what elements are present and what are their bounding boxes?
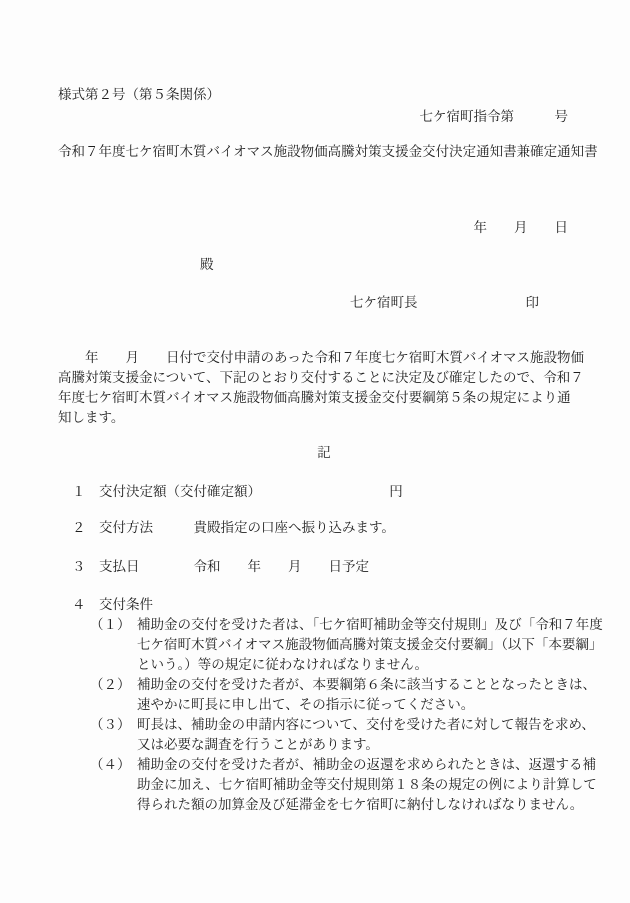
directive-number-line: 七ケ宿町指令第 号 [58,107,568,127]
item-text: 交付決定額（交付確定額） 円 [99,482,403,502]
record-heading: 記 [58,443,590,463]
body-line: 年度七ケ宿町木質バイオマス施設物価高騰対策支援金交付要綱第５条の規定により通 [58,388,590,408]
condition-line: 補助金の交付を受けた者は、「七ケ宿町補助金等交付規則」及び「令和７年度 [137,615,603,635]
condition-item-3: （３） 町長は、補助金の申請内容について、交付を受けた者に対して報告を求め、 又… [90,715,590,755]
form-number-label: 様式第２号（第５条関係） [58,85,590,105]
issuer-title: 七ケ宿町長 [350,295,418,310]
item-number: １ [72,482,99,502]
item-payment-date: ３ 支払日 令和 年 月 日予定 [72,557,590,577]
body-paragraph: 年 月 日付で交付申請のあった令和７年度七ケ宿町木質バイオマス施設物価 高騰対策… [58,348,590,428]
body-line: 年 月 日付で交付申請のあった令和７年度七ケ宿町木質バイオマス施設物価 [58,348,590,368]
item-text: 交付条件 [99,595,153,615]
document-page: 様式第２号（第５条関係） 七ケ宿町指令第 号 令和７年度七ケ宿町木質バイオマス施… [0,0,630,903]
document-title: 令和７年度七ケ宿町木質バイオマス施設物価高騰対策支援金交付決定通知書兼確定通知書 [58,142,590,162]
body-line: 高騰対策支援金について、下記のとおり交付することに決定及び確定したので、令和７ [58,368,590,388]
item-grant-amount: １ 交付決定額（交付確定額） 円 [72,482,590,502]
issue-date-line: 年 月 日 [58,218,568,238]
condition-line: 又は必要な調査を行うことがあります。 [137,735,595,755]
condition-line: 速やかに町長に申し出て、その指示に従ってください。 [137,695,596,715]
condition-item-4: （４） 補助金の交付を受けた者が、補助金の返還を求められたときは、返還する補 助… [90,755,590,815]
condition-item-2: （２） 補助金の交付を受けた者が、本要綱第６条に該当することとなったときは、 速… [90,675,590,715]
condition-line: という。）等の規定に従わなければなりません。 [137,655,603,675]
condition-line: 町長は、補助金の申請内容について、交付を受けた者に対して報告を求め、 [137,715,595,735]
item-grant-conditions: ４ 交付条件 [72,595,590,615]
seal-mark: 印 [418,295,540,310]
condition-line: 助金に加え、七ケ宿町補助金等交付規則第１８条の規定の例により計算して [137,775,597,795]
condition-marker: （３） [90,715,137,755]
item-number: ２ [72,518,99,538]
condition-text: 町長は、補助金の申請内容について、交付を受けた者に対して報告を求め、 又は必要な… [137,715,595,755]
condition-line: 補助金の交付を受けた者が、補助金の返還を求められたときは、返還する補 [137,755,597,775]
issuer-line: 七ケ宿町長 印 [350,293,590,313]
conditions-list: （１） 補助金の交付を受けた者は、「七ケ宿町補助金等交付規則」及び「令和７年度 … [90,615,590,815]
condition-text: 補助金の交付を受けた者は、「七ケ宿町補助金等交付規則」及び「令和７年度 七ケ宿町… [137,615,603,675]
item-number: ３ [72,557,99,577]
condition-marker: （１） [90,615,137,675]
condition-item-1: （１） 補助金の交付を受けた者は、「七ケ宿町補助金等交付規則」及び「令和７年度 … [90,615,590,675]
addressee-honorific: 殿 [200,255,590,275]
condition-marker: （２） [90,675,137,715]
item-text: 支払日 令和 年 月 日予定 [99,557,369,577]
condition-marker: （４） [90,755,137,815]
item-text: 交付方法 貴殿指定の口座へ振り込みます。 [99,518,395,538]
condition-text: 補助金の交付を受けた者が、補助金の返還を求められたときは、返還する補 助金に加え… [137,755,597,815]
body-line: 知します。 [58,408,590,428]
condition-text: 補助金の交付を受けた者が、本要綱第６条に該当することとなったときは、 速やかに町… [137,675,596,715]
condition-line: 補助金の交付を受けた者が、本要綱第６条に該当することとなったときは、 [137,675,596,695]
condition-line: 得られた額の加算金及び延滞金を七ケ宿町に納付しなければなりません。 [137,795,597,815]
item-payment-method: ２ 交付方法 貴殿指定の口座へ振り込みます。 [72,518,590,538]
condition-line: 七ケ宿町木質バイオマス施設物価高騰対策支援金交付要綱」（以下「本要綱」 [137,635,603,655]
item-number: ４ [72,595,99,615]
